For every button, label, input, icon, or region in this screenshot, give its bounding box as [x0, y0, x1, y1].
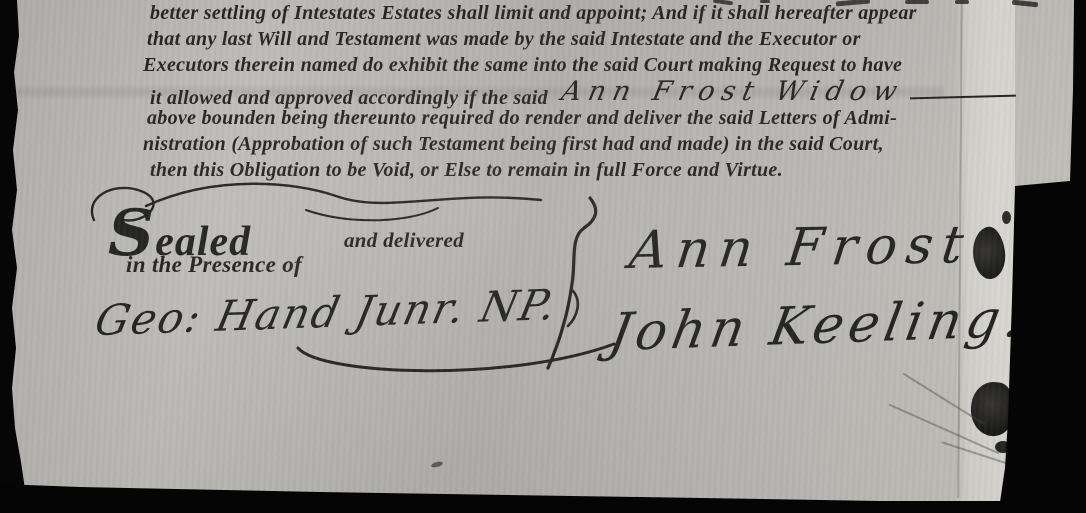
signature-ann-frost: Ann Frost	[626, 215, 975, 281]
in-presence-of-label: in the Presence of	[126, 252, 302, 278]
ink-dot-upper	[1002, 211, 1011, 224]
fill-in-rule-flourish	[910, 95, 1016, 100]
cropped-text-remnant	[955, 0, 969, 4]
body-line-6: nistration (Approbation of such Testamen…	[143, 133, 884, 156]
document-scan: better settling of Intestates Estates sh…	[0, 0, 1086, 513]
handwritten-name-fill: Ann Frost Widow	[559, 76, 907, 107]
body-line-7: then this Obligation to be Void, or Else…	[150, 159, 783, 182]
body-line-1: better settling of Intestates Estates sh…	[150, 2, 917, 25]
body-line-3: Executors therein named do exhibit the s…	[143, 54, 902, 77]
and-delivered-label: and delivered	[344, 228, 464, 253]
attestation-brace	[538, 194, 600, 374]
body-line-4-printed: it allowed and approved accordingly if t…	[150, 87, 548, 109]
body-line-2: that any last Will and Testament was mad…	[147, 28, 861, 51]
body-line-5: above bounden being thereunto required d…	[147, 107, 897, 130]
